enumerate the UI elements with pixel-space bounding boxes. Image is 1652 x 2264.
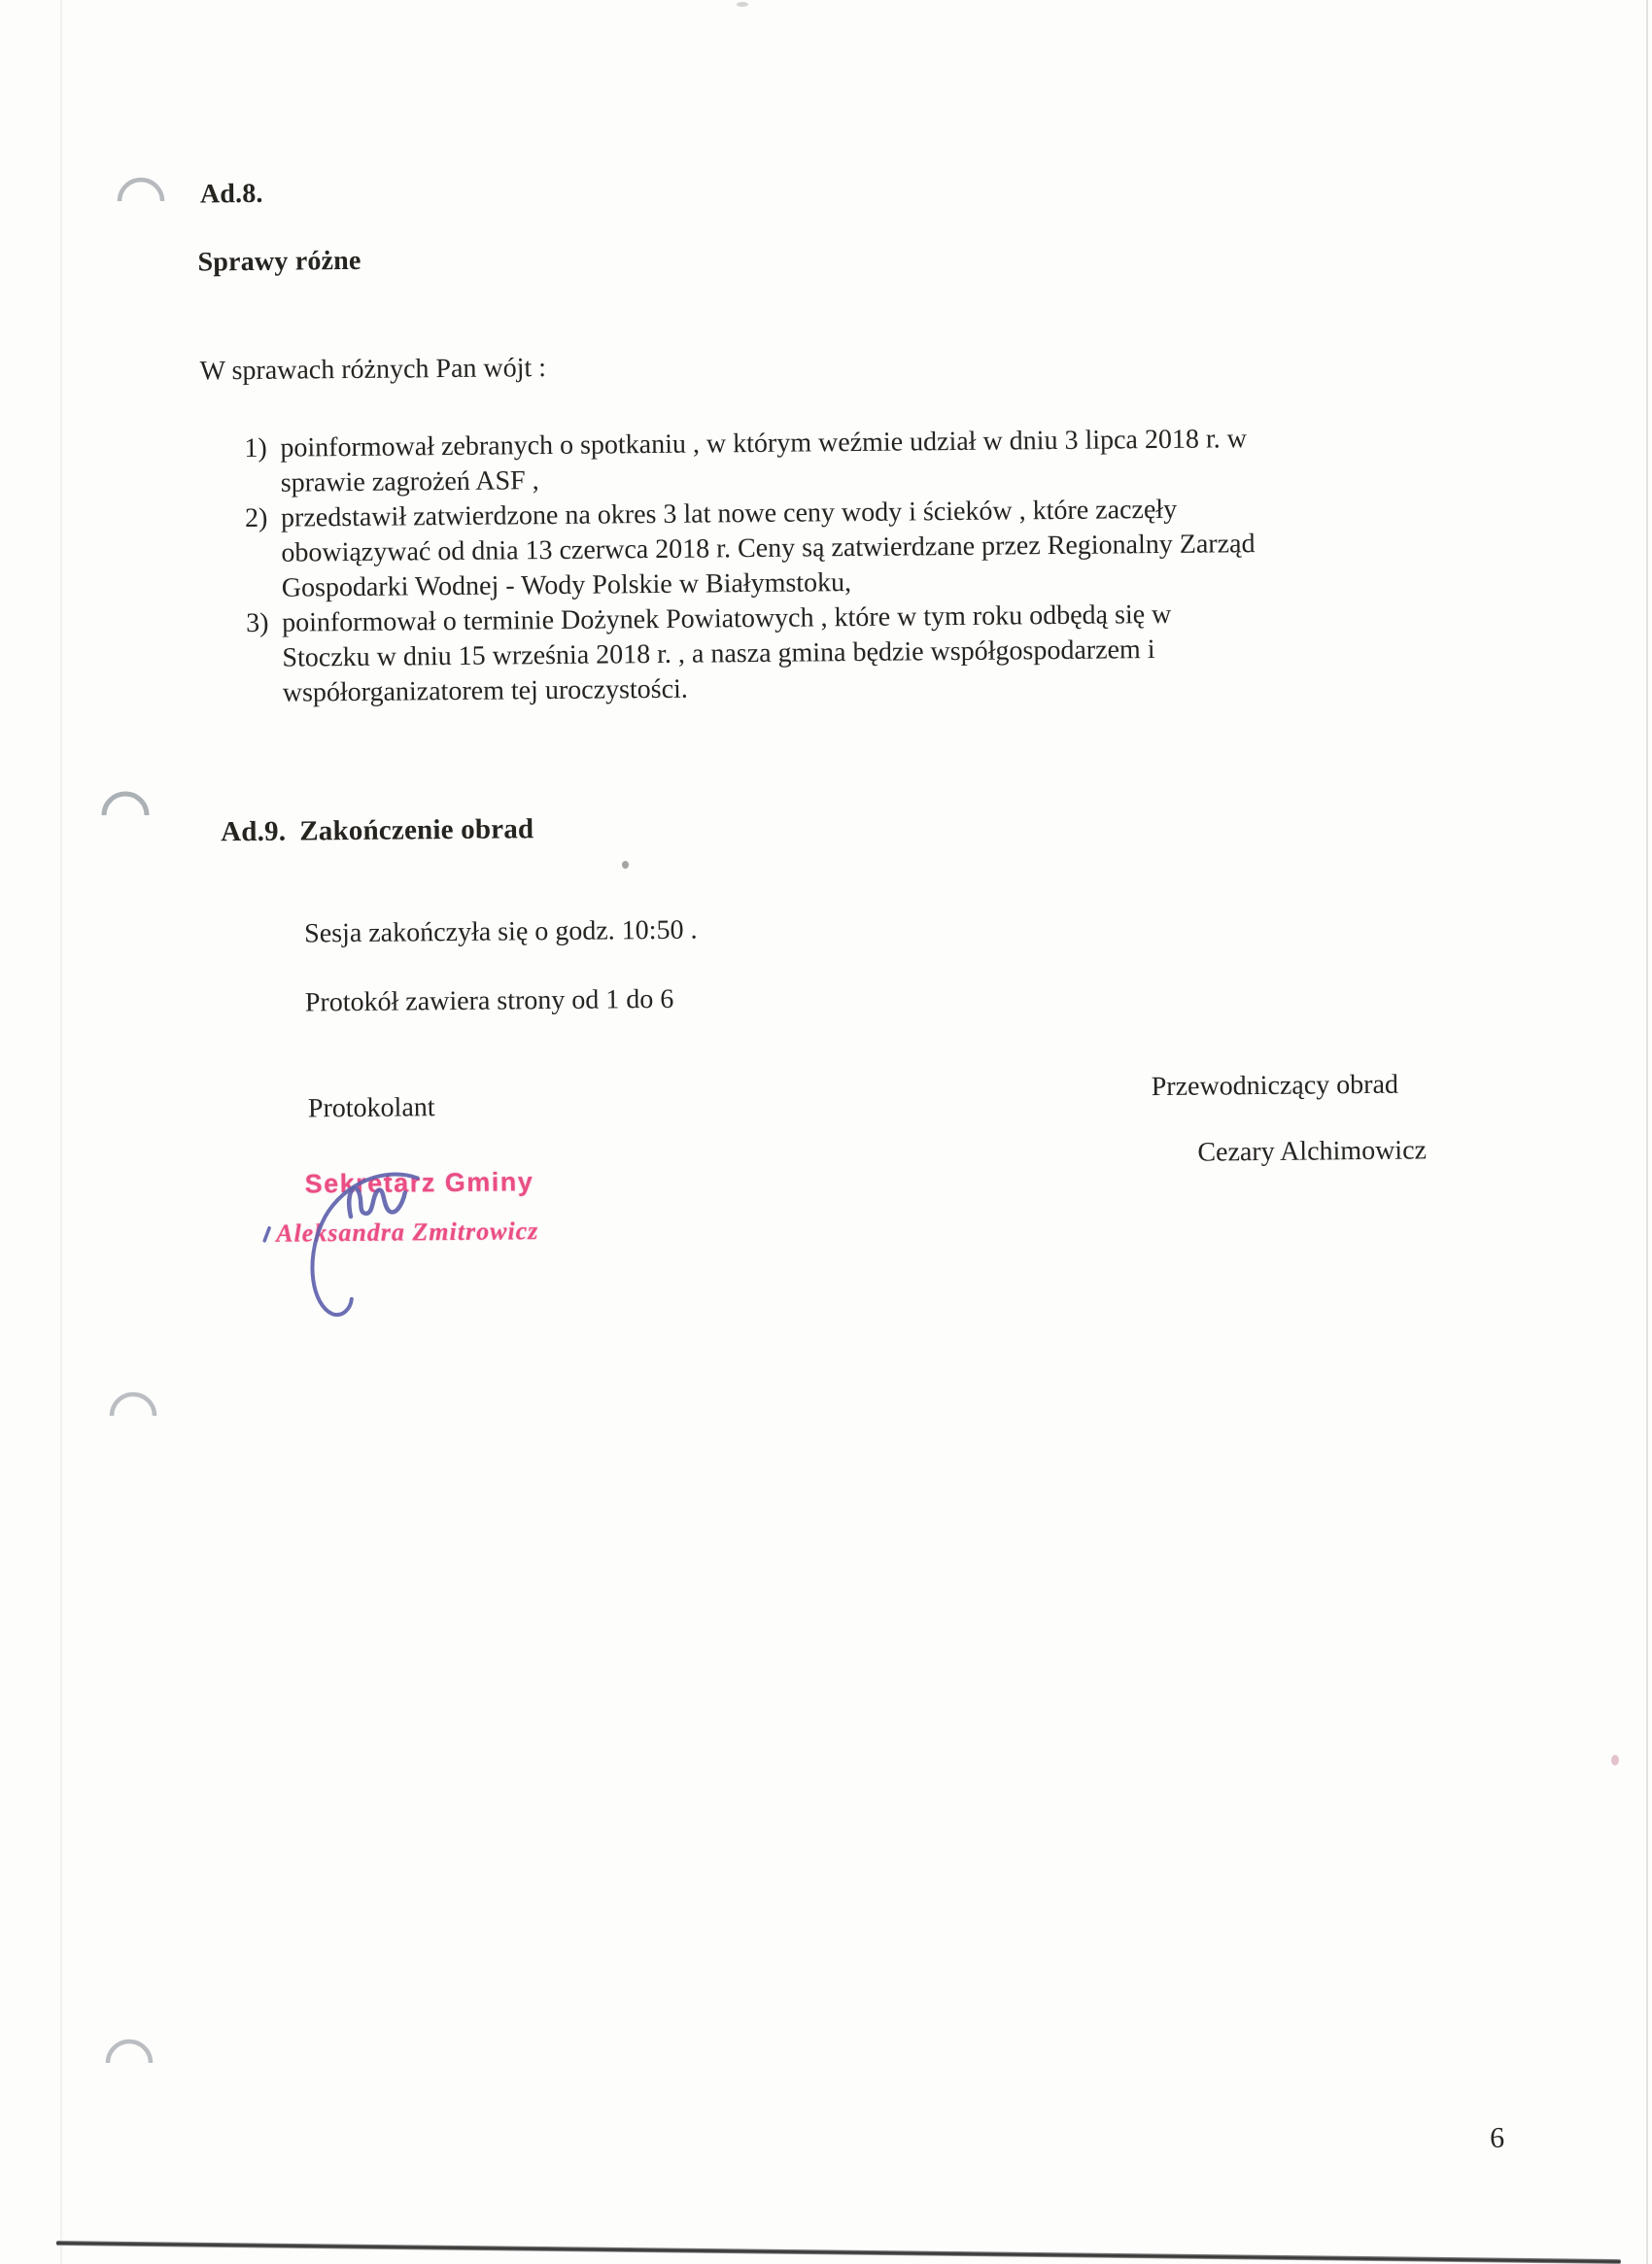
- ad8-intro-line: W sprawach różnych Pan wójt :: [199, 353, 546, 387]
- list-item: 2) przedstawił zatwierdzone na okres 3 l…: [245, 492, 1256, 606]
- section-ad8-heading: Ad.8.: [200, 179, 263, 211]
- scanned-document-page: Ad.8. Sprawy różne W sprawach różnych Pa…: [0, 0, 1652, 2264]
- chairman-name: Cezary Alchimowicz: [1197, 1135, 1427, 1168]
- list-item-number: 1): [244, 431, 280, 466]
- list-item: 3) poinformował o terminie Dożynek Powia…: [246, 597, 1256, 711]
- chairman-role-label: Przewodniczący obrad: [1152, 1070, 1399, 1103]
- ad8-numbered-list: 1) poinformował zebranych o spotkaniu , …: [244, 422, 1256, 711]
- protokolant-label: Protokolant: [308, 1092, 435, 1124]
- list-item-number: 3): [246, 606, 282, 641]
- list-item-text-line: współorganizatorem tej uroczystości.: [283, 668, 1173, 711]
- document-content: Ad.8. Sprawy różne W sprawach różnych Pa…: [0, 0, 1652, 2264]
- section-ad9-title: Zakończenie obrad: [299, 813, 533, 846]
- handwritten-signature-ink: [255, 1162, 490, 1349]
- section-ad9-heading: Ad.9.Zakończenie obrad: [221, 813, 533, 848]
- list-item-number: 2): [245, 501, 281, 536]
- pages-count-line: Protokół zawiera strony od 1 do 6: [305, 984, 674, 1019]
- section-ad8-subheading: Sprawy różne: [197, 246, 361, 279]
- page-number: 6: [1490, 2122, 1504, 2155]
- closing-time-line: Sesja zakończyła się o godz. 10:50 .: [304, 915, 698, 950]
- list-item: 1) poinformował zebranych o spotkaniu , …: [244, 422, 1255, 501]
- section-ad9-number: Ad.9.: [221, 816, 286, 848]
